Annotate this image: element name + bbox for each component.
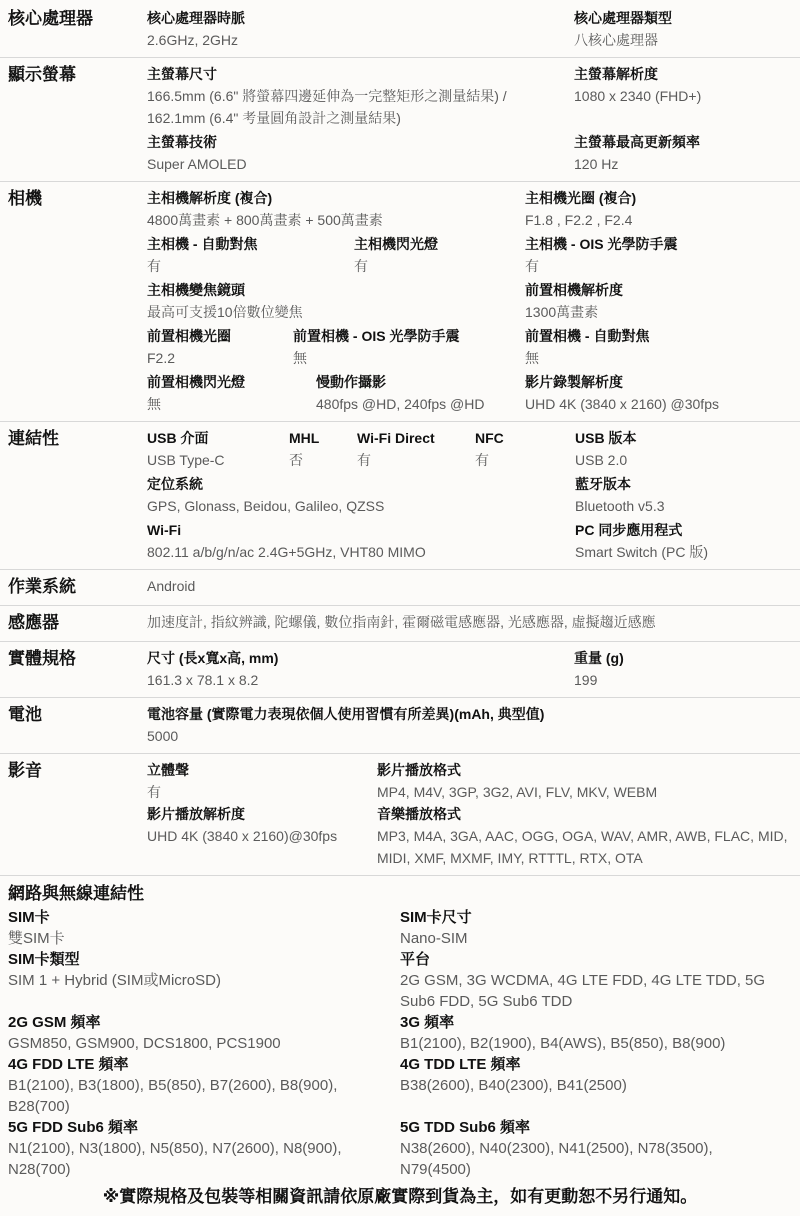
spec-cell: SIM卡類型SIM 1 + Hybrid (SIM或MicroSD) [8, 949, 400, 1012]
field-value: USB Type-C [147, 449, 281, 471]
field-value: Nano-SIM [400, 928, 784, 949]
spec-cell: 主相機變焦鏡頭最高可支援10倍數位變焦 [147, 279, 525, 323]
spec-cell: Wi-Fi Direct有 [357, 427, 475, 471]
field-label: MHL [289, 427, 349, 449]
spec-row: 尺寸 (長x寬x高, mm)161.3 x 78.1 x 8.2重量 (g)19… [147, 647, 800, 691]
spec-cell: 定位系統GPS, Glonass, Beidou, Galileo, QZSS [147, 473, 575, 517]
spec-cell: 主相機閃光燈有 [354, 233, 525, 277]
field-label: USB 版本 [575, 427, 792, 449]
field-value: N38(2600), N40(2300), N41(2500), N78(350… [400, 1138, 784, 1180]
spec-section: 顯示螢幕主螢幕尺寸166.5mm (6.6" 將螢幕四邊延伸為一完整矩形之測量結… [0, 57, 800, 181]
field-value: Super AMOLED [147, 153, 566, 175]
field-label: 主螢幕尺寸 [147, 63, 566, 85]
field-value: 有 [147, 255, 346, 277]
section-content: Android [147, 575, 800, 599]
spec-row: 加速度計, 指紋辨識, 陀螺儀, 數位指南針, 霍爾磁電感應器, 光感應器, 虛… [147, 611, 800, 633]
field-value: UHD 4K (3840 x 2160)@30fps [147, 825, 369, 847]
field-value: 無 [293, 347, 517, 369]
field-value: 有 [525, 255, 792, 277]
spec-cell: Wi-Fi802.11 a/b/g/n/ac 2.4G+5GHz, VHT80 … [147, 519, 575, 563]
field-label: 前置相機閃光燈 [147, 371, 308, 393]
spec-section: 實體規格尺寸 (長x寬x高, mm)161.3 x 78.1 x 8.2重量 (… [0, 641, 800, 697]
section-label: 電池 [0, 703, 147, 747]
spec-cell: 電池容量 (實際電力表現依個人使用習慣有所差異)(mAh, 典型值)5000 [147, 703, 800, 747]
spec-cell: 主螢幕最高更新頻率120 Hz [574, 131, 800, 175]
spec-section: 核心處理器核心處理器時脈2.6GHz, 2GHz核心處理器類型八核心處理器 [0, 2, 800, 57]
field-value: 166.5mm (6.6" 將螢幕四邊延伸為一完整矩形之測量結果) / 162.… [147, 85, 566, 129]
spec-cell: 4G TDD LTE 頻率B38(2600), B40(2300), B41(2… [400, 1054, 792, 1117]
field-label: 音樂播放格式 [377, 803, 792, 825]
field-value: MP4, M4V, 3GP, 3G2, AVI, FLV, MKV, WEBM [377, 781, 792, 803]
field-label: 影片錄製解析度 [525, 371, 792, 393]
field-label: SIM卡 [8, 907, 392, 928]
spec-section: 作業系統Android [0, 569, 800, 605]
spec-row: Wi-Fi802.11 a/b/g/n/ac 2.4G+5GHz, VHT80 … [147, 519, 800, 563]
spec-cell: 5G FDD Sub6 頻率N1(2100), N3(1800), N5(850… [8, 1117, 400, 1180]
field-value: 有 [354, 255, 517, 277]
spec-cell: SIM卡雙SIM卡 [8, 907, 400, 949]
field-label: 主相機 - 自動對焦 [147, 233, 346, 255]
field-value: 否 [289, 449, 349, 471]
spec-cell: 3G 頻率B1(2100), B2(1900), B4(AWS), B5(850… [400, 1012, 792, 1054]
spec-row: USB 介面USB Type-CMHL否Wi-Fi Direct有NFC有USB… [147, 427, 800, 471]
section-content: USB 介面USB Type-CMHL否Wi-Fi Direct有NFC有USB… [147, 427, 800, 563]
spec-cell: NFC有 [475, 427, 575, 471]
spec-section: 相機主相機解析度 (複合)4800萬畫素 + 800萬畫素 + 500萬畫素主相… [0, 181, 800, 421]
field-label: 平台 [400, 949, 784, 970]
field-value: 120 Hz [574, 153, 792, 175]
section-label: 實體規格 [0, 647, 147, 691]
spec-cell: SIM卡尺寸Nano-SIM [400, 907, 792, 949]
field-value: 5000 [147, 725, 792, 747]
field-label: 4G FDD LTE 頻率 [8, 1054, 392, 1075]
field-value: Smart Switch (PC 版) [575, 541, 792, 563]
field-label: 主相機變焦鏡頭 [147, 279, 517, 301]
spec-cell: PC 同步應用程式Smart Switch (PC 版) [575, 519, 800, 563]
section-content: 主螢幕尺寸166.5mm (6.6" 將螢幕四邊延伸為一完整矩形之測量結果) /… [147, 63, 800, 175]
field-value: F2.2 [147, 347, 285, 369]
field-value: GSM850, GSM900, DCS1800, PCS1900 [8, 1033, 392, 1054]
field-label: NFC [475, 427, 567, 449]
field-label: 核心處理器類型 [574, 7, 792, 29]
field-value: 480fps @HD, 240fps @HD [316, 393, 517, 415]
spec-row: SIM卡類型SIM 1 + Hybrid (SIM或MicroSD)平台2G G… [8, 949, 792, 1012]
spec-row: SIM卡雙SIM卡SIM卡尺寸Nano-SIM [8, 907, 792, 949]
spec-cell: 重量 (g)199 [574, 647, 800, 691]
field-label: 5G TDD Sub6 頻率 [400, 1117, 784, 1138]
spec-cell: 前置相機解析度1300萬畫素 [525, 279, 800, 323]
field-label: 尺寸 (長x寬x高, mm) [147, 647, 566, 669]
spec-cell: 主螢幕技術Super AMOLED [147, 131, 574, 175]
field-value: 有 [475, 449, 567, 471]
field-label: 主螢幕解析度 [574, 63, 792, 85]
spec-row: 4G FDD LTE 頻率B1(2100), B3(1800), B5(850)… [8, 1054, 792, 1117]
spec-row: 前置相機光圈F2.2前置相機 - OIS 光學防手震無前置相機 - 自動對焦無 [147, 325, 800, 369]
spec-row: 核心處理器時脈2.6GHz, 2GHz核心處理器類型八核心處理器 [147, 7, 800, 51]
field-value: UHD 4K (3840 x 2160) @30fps [525, 393, 792, 415]
section-label: 感應器 [0, 611, 147, 635]
field-value: B1(2100), B2(1900), B4(AWS), B5(850), B8… [400, 1033, 784, 1054]
spec-section: 影音立體聲有影片播放解析度UHD 4K (3840 x 2160)@30fps影… [0, 753, 800, 875]
spec-cell: 主相機 - 自動對焦有 [147, 233, 354, 277]
spec-cell: 加速度計, 指紋辨識, 陀螺儀, 數位指南針, 霍爾磁電感應器, 光感應器, 虛… [147, 611, 800, 633]
field-value: USB 2.0 [575, 449, 792, 471]
spec-row: 前置相機閃光燈無慢動作攝影480fps @HD, 240fps @HD影片錄製解… [147, 371, 800, 415]
section-label: 作業系統 [0, 575, 147, 599]
section-label: 顯示螢幕 [0, 63, 147, 175]
section-label: 相機 [0, 187, 147, 415]
spec-cell: 主相機解析度 (複合)4800萬畫素 + 800萬畫素 + 500萬畫素 [147, 187, 525, 231]
field-value: 有 [357, 449, 467, 471]
field-label: 主螢幕技術 [147, 131, 566, 153]
field-label: USB 介面 [147, 427, 281, 449]
spec-cell: 4G FDD LTE 頻率B1(2100), B3(1800), B5(850)… [8, 1054, 400, 1117]
field-label: 3G 頻率 [400, 1012, 784, 1033]
field-label: 核心處理器時脈 [147, 7, 566, 29]
field-label: 5G FDD Sub6 頻率 [8, 1117, 392, 1138]
field-value: 1080 x 2340 (FHD+) [574, 85, 792, 107]
spec-cell: 尺寸 (長x寬x高, mm)161.3 x 78.1 x 8.2 [147, 647, 574, 691]
spec-row: 5G FDD Sub6 頻率N1(2100), N3(1800), N5(850… [8, 1117, 792, 1180]
field-value: 無 [147, 393, 308, 415]
spec-cell: 立體聲有影片播放解析度UHD 4K (3840 x 2160)@30fps [147, 759, 377, 869]
field-value: 802.11 a/b/g/n/ac 2.4G+5GHz, VHT80 MIMO [147, 541, 567, 563]
field-value: MP3, M4A, 3GA, AAC, OGG, OGA, WAV, AMR, … [377, 825, 792, 869]
field-label: 影片播放解析度 [147, 803, 369, 825]
spec-cell: 主螢幕解析度1080 x 2340 (FHD+) [574, 63, 800, 129]
spec-cell: 影片播放格式MP4, M4V, 3GP, 3G2, AVI, FLV, MKV,… [377, 759, 800, 869]
field-label: 主相機光圈 (複合) [525, 187, 792, 209]
field-label: 2G GSM 頻率 [8, 1012, 392, 1033]
field-value: GPS, Glonass, Beidou, Galileo, QZSS [147, 495, 567, 517]
spec-cell: USB 版本USB 2.0 [575, 427, 800, 471]
section-content: 立體聲有影片播放解析度UHD 4K (3840 x 2160)@30fps影片播… [147, 759, 800, 869]
spec-cell: 主螢幕尺寸166.5mm (6.6" 將螢幕四邊延伸為一完整矩形之測量結果) /… [147, 63, 574, 129]
spec-cell: 主相機 - OIS 光學防手震有 [525, 233, 800, 277]
spec-row: 主相機變焦鏡頭最高可支援10倍數位變焦前置相機解析度1300萬畫素 [147, 279, 800, 323]
section-content: 加速度計, 指紋辨識, 陀螺儀, 數位指南針, 霍爾磁電感應器, 光感應器, 虛… [147, 611, 800, 635]
spec-section: 連結性USB 介面USB Type-CMHL否Wi-Fi Direct有NFC有… [0, 421, 800, 569]
field-label: 定位系統 [147, 473, 567, 495]
spec-row: 立體聲有影片播放解析度UHD 4K (3840 x 2160)@30fps影片播… [147, 759, 800, 869]
field-value: F1.8 , F2.2 , F2.4 [525, 209, 792, 231]
spec-cell: Android [147, 575, 800, 597]
field-value: 有 [147, 781, 369, 803]
field-label: 4G TDD LTE 頻率 [400, 1054, 784, 1075]
spec-cell: 前置相機閃光燈無 [147, 371, 316, 415]
field-value: 雙SIM卡 [8, 928, 392, 949]
spec-row: 2G GSM 頻率GSM850, GSM900, DCS1800, PCS190… [8, 1012, 792, 1054]
spec-cell: 前置相機光圈F2.2 [147, 325, 293, 369]
field-label: 影片播放格式 [377, 759, 792, 781]
section-label: 影音 [0, 759, 147, 869]
spec-cell: 2G GSM 頻率GSM850, GSM900, DCS1800, PCS190… [8, 1012, 400, 1054]
field-label: 前置相機解析度 [525, 279, 792, 301]
field-value: 1300萬畫素 [525, 301, 792, 323]
spec-cell: 平台2G GSM, 3G WCDMA, 4G LTE FDD, 4G LTE T… [400, 949, 792, 1012]
field-label: 前置相機 - 自動對焦 [525, 325, 792, 347]
field-label: 主相機閃光燈 [354, 233, 517, 255]
spec-row: 主相機 - 自動對焦有主相機閃光燈有主相機 - OIS 光學防手震有 [147, 233, 800, 277]
spec-cell: MHL否 [289, 427, 357, 471]
field-value: B1(2100), B3(1800), B5(850), B7(2600), B… [8, 1075, 392, 1117]
field-value: 八核心處理器 [574, 29, 792, 51]
network-section: 網路與無線連結性 SIM卡雙SIM卡SIM卡尺寸Nano-SIMSIM卡類型SI… [0, 875, 800, 1182]
section-content: 核心處理器時脈2.6GHz, 2GHz核心處理器類型八核心處理器 [147, 7, 800, 51]
spec-cell: 5G TDD Sub6 頻率N38(2600), N40(2300), N41(… [400, 1117, 792, 1180]
spec-cell: 前置相機 - OIS 光學防手震無 [293, 325, 525, 369]
spec-row: Android [147, 575, 800, 597]
field-value: 2G GSM, 3G WCDMA, 4G LTE FDD, 4G LTE TDD… [400, 970, 784, 1012]
spec-cell: 影片錄製解析度UHD 4K (3840 x 2160) @30fps [525, 371, 800, 415]
field-label: 立體聲 [147, 759, 369, 781]
spec-cell: 慢動作攝影480fps @HD, 240fps @HD [316, 371, 525, 415]
field-value: SIM 1 + Hybrid (SIM或MicroSD) [8, 970, 392, 991]
field-value: 199 [574, 669, 792, 691]
field-label: Wi-Fi Direct [357, 427, 467, 449]
spec-row: 主螢幕技術Super AMOLED主螢幕最高更新頻率120 Hz [147, 131, 800, 175]
network-rows: SIM卡雙SIM卡SIM卡尺寸Nano-SIMSIM卡類型SIM 1 + Hyb… [8, 907, 792, 1180]
footer-note: ※實際規格及包裝等相關資訊請依原廠實際到貨為主，如有更動恕不另行通知。 [0, 1182, 800, 1216]
section-label: 核心處理器 [0, 7, 147, 51]
field-label: SIM卡尺寸 [400, 907, 784, 928]
section-content: 電池容量 (實際電力表現依個人使用習慣有所差異)(mAh, 典型值)5000 [147, 703, 800, 747]
spec-row: 電池容量 (實際電力表現依個人使用習慣有所差異)(mAh, 典型值)5000 [147, 703, 800, 747]
spec-cell: USB 介面USB Type-C [147, 427, 289, 471]
spec-cell: 主相機光圈 (複合)F1.8 , F2.2 , F2.4 [525, 187, 800, 231]
spec-row: 定位系統GPS, Glonass, Beidou, Galileo, QZSS藍… [147, 473, 800, 517]
field-label: 前置相機 - OIS 光學防手震 [293, 325, 517, 347]
section-label: 連結性 [0, 427, 147, 563]
spec-section: 電池電池容量 (實際電力表現依個人使用習慣有所差異)(mAh, 典型值)5000 [0, 697, 800, 753]
field-label: 主相機解析度 (複合) [147, 187, 517, 209]
section-content: 主相機解析度 (複合)4800萬畫素 + 800萬畫素 + 500萬畫素主相機光… [147, 187, 800, 415]
spec-cell: 藍牙版本Bluetooth v5.3 [575, 473, 800, 517]
spec-cell: 前置相機 - 自動對焦無 [525, 325, 800, 369]
spec-row: 主螢幕尺寸166.5mm (6.6" 將螢幕四邊延伸為一完整矩形之測量結果) /… [147, 63, 800, 129]
spec-cell: 核心處理器類型八核心處理器 [574, 7, 800, 51]
field-value: Bluetooth v5.3 [575, 495, 792, 517]
field-label: 重量 (g) [574, 647, 792, 669]
field-value: 加速度計, 指紋辨識, 陀螺儀, 數位指南針, 霍爾磁電感應器, 光感應器, 虛… [147, 611, 792, 633]
field-label: 藍牙版本 [575, 473, 792, 495]
field-label: Wi-Fi [147, 519, 567, 541]
field-value: B38(2600), B40(2300), B41(2500) [400, 1075, 784, 1096]
network-section-title: 網路與無線連結性 [8, 881, 792, 907]
spec-table: 核心處理器核心處理器時脈2.6GHz, 2GHz核心處理器類型八核心處理器顯示螢… [0, 0, 800, 875]
section-content: 尺寸 (長x寬x高, mm)161.3 x 78.1 x 8.2重量 (g)19… [147, 647, 800, 691]
spec-row: 主相機解析度 (複合)4800萬畫素 + 800萬畫素 + 500萬畫素主相機光… [147, 187, 800, 231]
field-value: Android [147, 575, 792, 597]
field-label: 主相機 - OIS 光學防手震 [525, 233, 792, 255]
field-label: 電池容量 (實際電力表現依個人使用習慣有所差異)(mAh, 典型值) [147, 703, 792, 725]
field-value: N1(2100), N3(1800), N5(850), N7(2600), N… [8, 1138, 392, 1180]
field-label: PC 同步應用程式 [575, 519, 792, 541]
field-label: SIM卡類型 [8, 949, 392, 970]
field-label: 主螢幕最高更新頻率 [574, 131, 792, 153]
field-label: 前置相機光圈 [147, 325, 285, 347]
spec-section: 感應器加速度計, 指紋辨識, 陀螺儀, 數位指南針, 霍爾磁電感應器, 光感應器… [0, 605, 800, 641]
field-value: 4800萬畫素 + 800萬畫素 + 500萬畫素 [147, 209, 517, 231]
field-value: 2.6GHz, 2GHz [147, 29, 566, 51]
field-value: 最高可支援10倍數位變焦 [147, 301, 517, 323]
field-label: 慢動作攝影 [316, 371, 517, 393]
field-value: 無 [525, 347, 792, 369]
spec-cell: 核心處理器時脈2.6GHz, 2GHz [147, 7, 574, 51]
field-value: 161.3 x 78.1 x 8.2 [147, 669, 566, 691]
